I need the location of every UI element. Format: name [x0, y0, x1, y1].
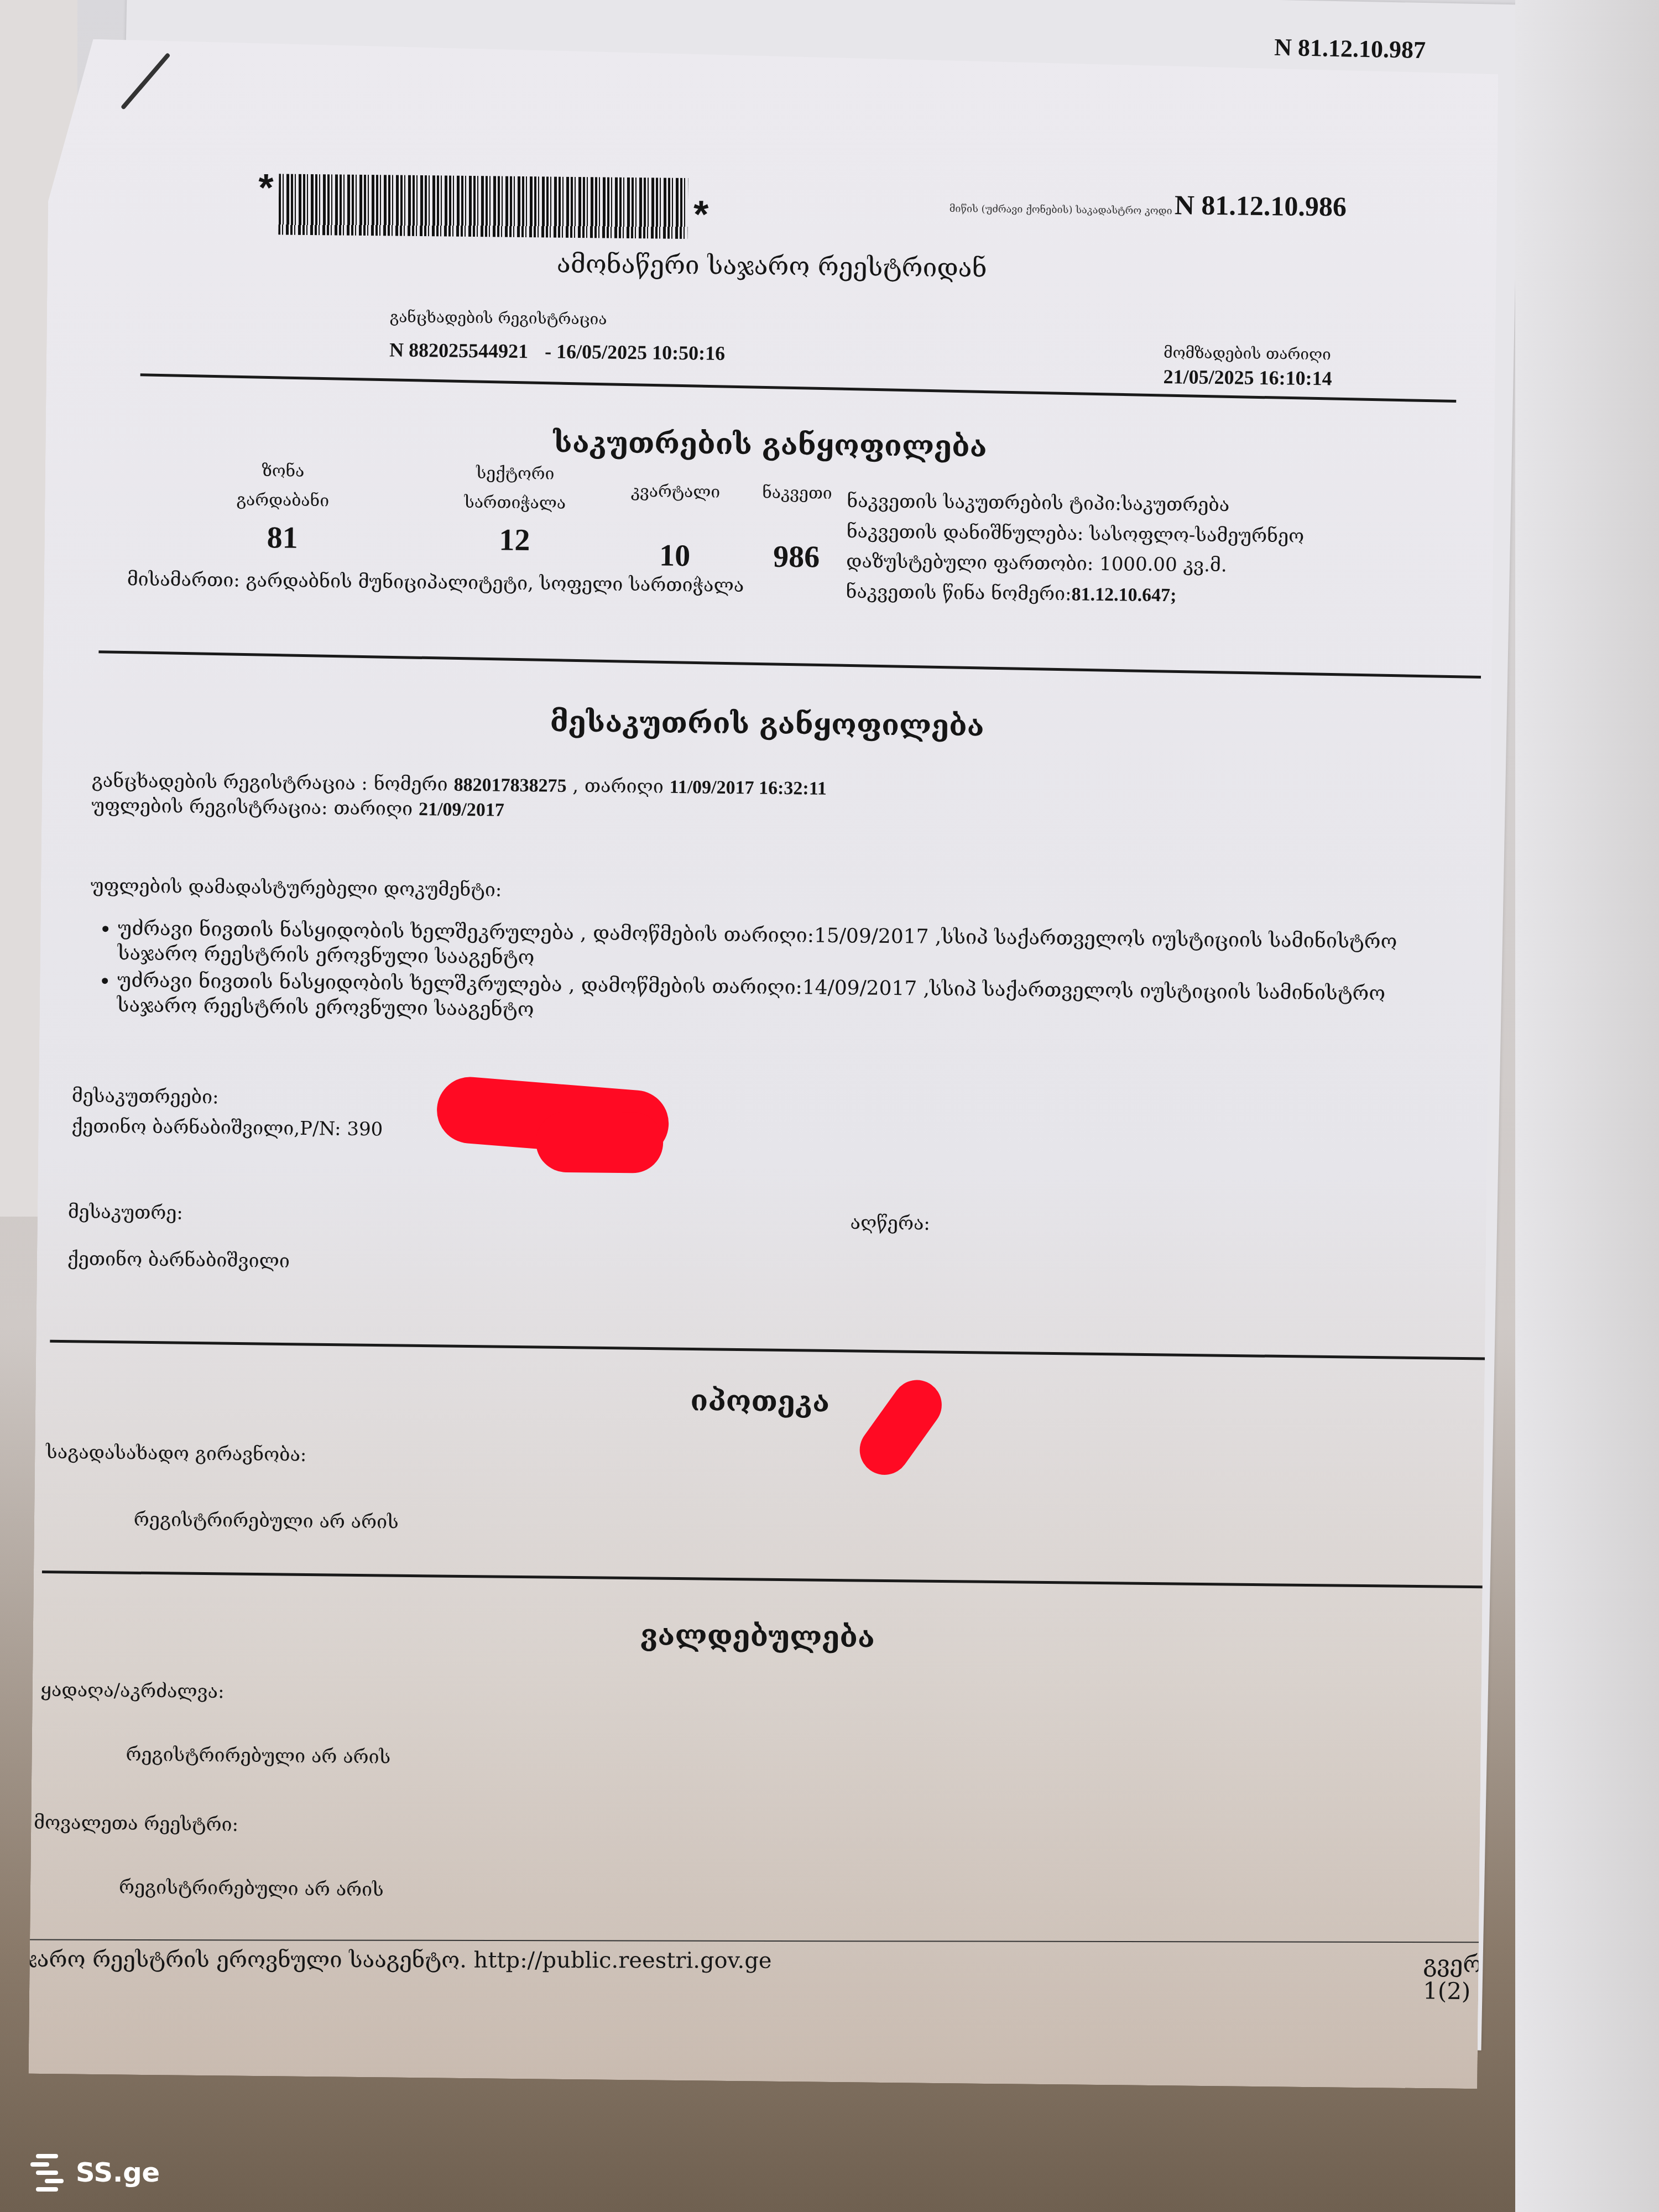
- document-title: ამონაწერი საჯარო რეესტრიდან: [48, 243, 1496, 288]
- tax-lien-value: რეგისტრირებული არ არის: [134, 1508, 399, 1535]
- right-registration: უფლების რეგისტრაცია: თარიღი 21/09/2017: [91, 794, 504, 822]
- footer-agency: საჯარო რეესტრის ეროვნული სააგენტო. http:…: [0, 1947, 772, 1973]
- cadastral-code-label: მიწის (უძრავი ქონების) საკადასტრო კოდი: [950, 203, 1172, 217]
- watermark-text: SS.ge: [76, 2157, 160, 2188]
- tax-lien-label: საგადასახადო გირავნობა:: [46, 1441, 307, 1467]
- seizure-label: ყადაღა/აკრძალვა:: [41, 1678, 225, 1704]
- preparation-date: მომზადების თარიღი 21/05/2025 16:10:14: [1163, 343, 1332, 390]
- ss-ge-logo-icon: [30, 2154, 64, 2192]
- stacked-sheets-edge: [1515, 0, 1659, 2212]
- barcode: * *: [258, 168, 709, 239]
- staple: [121, 53, 171, 110]
- quarter-column: კვარტალი 10: [614, 482, 737, 574]
- parcel-details: ნაკვეთის საკუთრების ტიპი:საკუთრება ნაკვე…: [846, 489, 1305, 609]
- address-value: გარდაბნის მუნიციპალიტეტი, სოფელი სართიჭა…: [246, 570, 744, 597]
- documents-list: უძრავი ნივთის ნასყიდობის ხელშეკრულება , …: [72, 916, 1445, 1034]
- owner-label: მესაკუთრე:: [68, 1200, 184, 1225]
- sector-column: სექტორი სართიჭალა 12: [431, 463, 598, 559]
- application-number: N 882025544921: [389, 338, 528, 363]
- owners-label: მესაკუთრეები:: [72, 1084, 219, 1109]
- preparation-datetime: 21/05/2025 16:10:14: [1163, 365, 1332, 390]
- parcel-column: ნაკვეთი 986: [735, 483, 858, 575]
- cadastral-code: მიწის (უძრავი ქონების) საკადასტრო კოდი N…: [950, 186, 1347, 223]
- application-registration: განცხადების რეგისტრაცია: [390, 307, 607, 328]
- owner-application-number: 882017838275: [453, 775, 566, 796]
- preparation-date-label: მომზადების თარიღი: [1164, 343, 1332, 363]
- description-label: აღწერა:: [850, 1211, 930, 1235]
- right-registration-date: 21/09/2017: [419, 799, 504, 821]
- footer-divider: [0, 1939, 1556, 1943]
- parcel-area: დაზუსტებული ფართობი: 1000.00 კვ.მ.: [846, 550, 1304, 578]
- owner-value: ქეთინო ბარნაბიშვილი: [67, 1247, 290, 1273]
- ownership-type: ნაკვეთის საკუთრების ტიპი:საკუთრება: [847, 489, 1305, 518]
- owners-value: ქეთინო ბარნაბიშვილი,P/N: 390: [71, 1115, 383, 1141]
- application-datetime: - 16/05/2025 10:50:16: [545, 340, 725, 364]
- mortgage-section-title: იპოთეკა: [35, 1377, 1484, 1426]
- debtors-label: მოვალეთა რეესტრი:: [34, 1811, 238, 1837]
- application-registration-label: განცხადების რეგისტრაცია: [390, 307, 607, 328]
- address-label: მისამართი:: [127, 568, 240, 592]
- zone-column: ზონა გარდაბანი 81: [210, 461, 355, 556]
- divider: [98, 650, 1481, 679]
- cadastral-code-value: N 81.12.10.986: [1175, 189, 1347, 222]
- registry-extract-page: * * მიწის (უძრავი ქონების) საკადასტრო კო…: [28, 39, 1498, 2089]
- ss-ge-watermark: SS.ge: [30, 2154, 160, 2192]
- owner-section-title: მესაკუთრის განყოფილება: [43, 700, 1491, 748]
- parcel-purpose: ნაკვეთის დანიშნულება: სასოფლო-სამეურნეო: [847, 520, 1305, 548]
- documents-label: უფლების დამადასტურებელი დოკუმენტი:: [91, 874, 502, 902]
- obligations-section-title: ვალდებულება: [33, 1612, 1482, 1661]
- previous-parcel-number: ნაკვეთის წინა ნომერი:81.12.10.647;: [846, 580, 1303, 609]
- redaction-mark: [536, 1111, 664, 1173]
- divider: [42, 1571, 1557, 1589]
- application-info: N 882025544921 - 16/05/2025 10:50:16: [389, 338, 725, 364]
- seizure-value: რეგისტრირებული არ არის: [126, 1743, 390, 1770]
- owner-application-datetime: 11/09/2017 16:32:11: [669, 777, 827, 799]
- divider: [50, 1340, 1543, 1361]
- barcode-bars: [279, 174, 688, 239]
- debtors-value: რეგისტრირებული არ არის: [119, 1875, 384, 1902]
- page-number: გვერდი: 1(2): [1423, 1950, 1522, 2005]
- back-extract-number: N 81.12.10.987: [1274, 33, 1426, 64]
